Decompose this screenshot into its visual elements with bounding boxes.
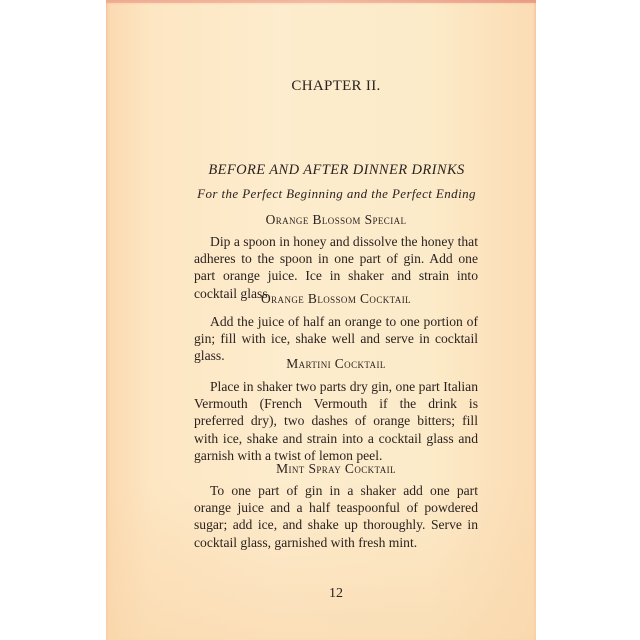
section-subtitle: For the Perfect Beginning and the Perfec…	[194, 186, 479, 202]
section-title: BEFORE AND AFTER DINNER DRINKS	[194, 162, 479, 179]
recipe-body: Place in shaker two parts dry gin, one p…	[194, 378, 478, 464]
recipe-title: Orange Blossom Cocktail	[194, 291, 478, 307]
recipe-title: Mint Spray Cocktail	[194, 461, 478, 477]
chapter-heading: CHAPTER II.	[194, 78, 478, 95]
recipe-title: Orange Blossom Special	[194, 212, 478, 228]
recipe-body: To one part of gin in a shaker add one p…	[194, 482, 478, 551]
recipe-title: Martini Cocktail	[194, 356, 478, 372]
page-number: 12	[194, 586, 478, 602]
